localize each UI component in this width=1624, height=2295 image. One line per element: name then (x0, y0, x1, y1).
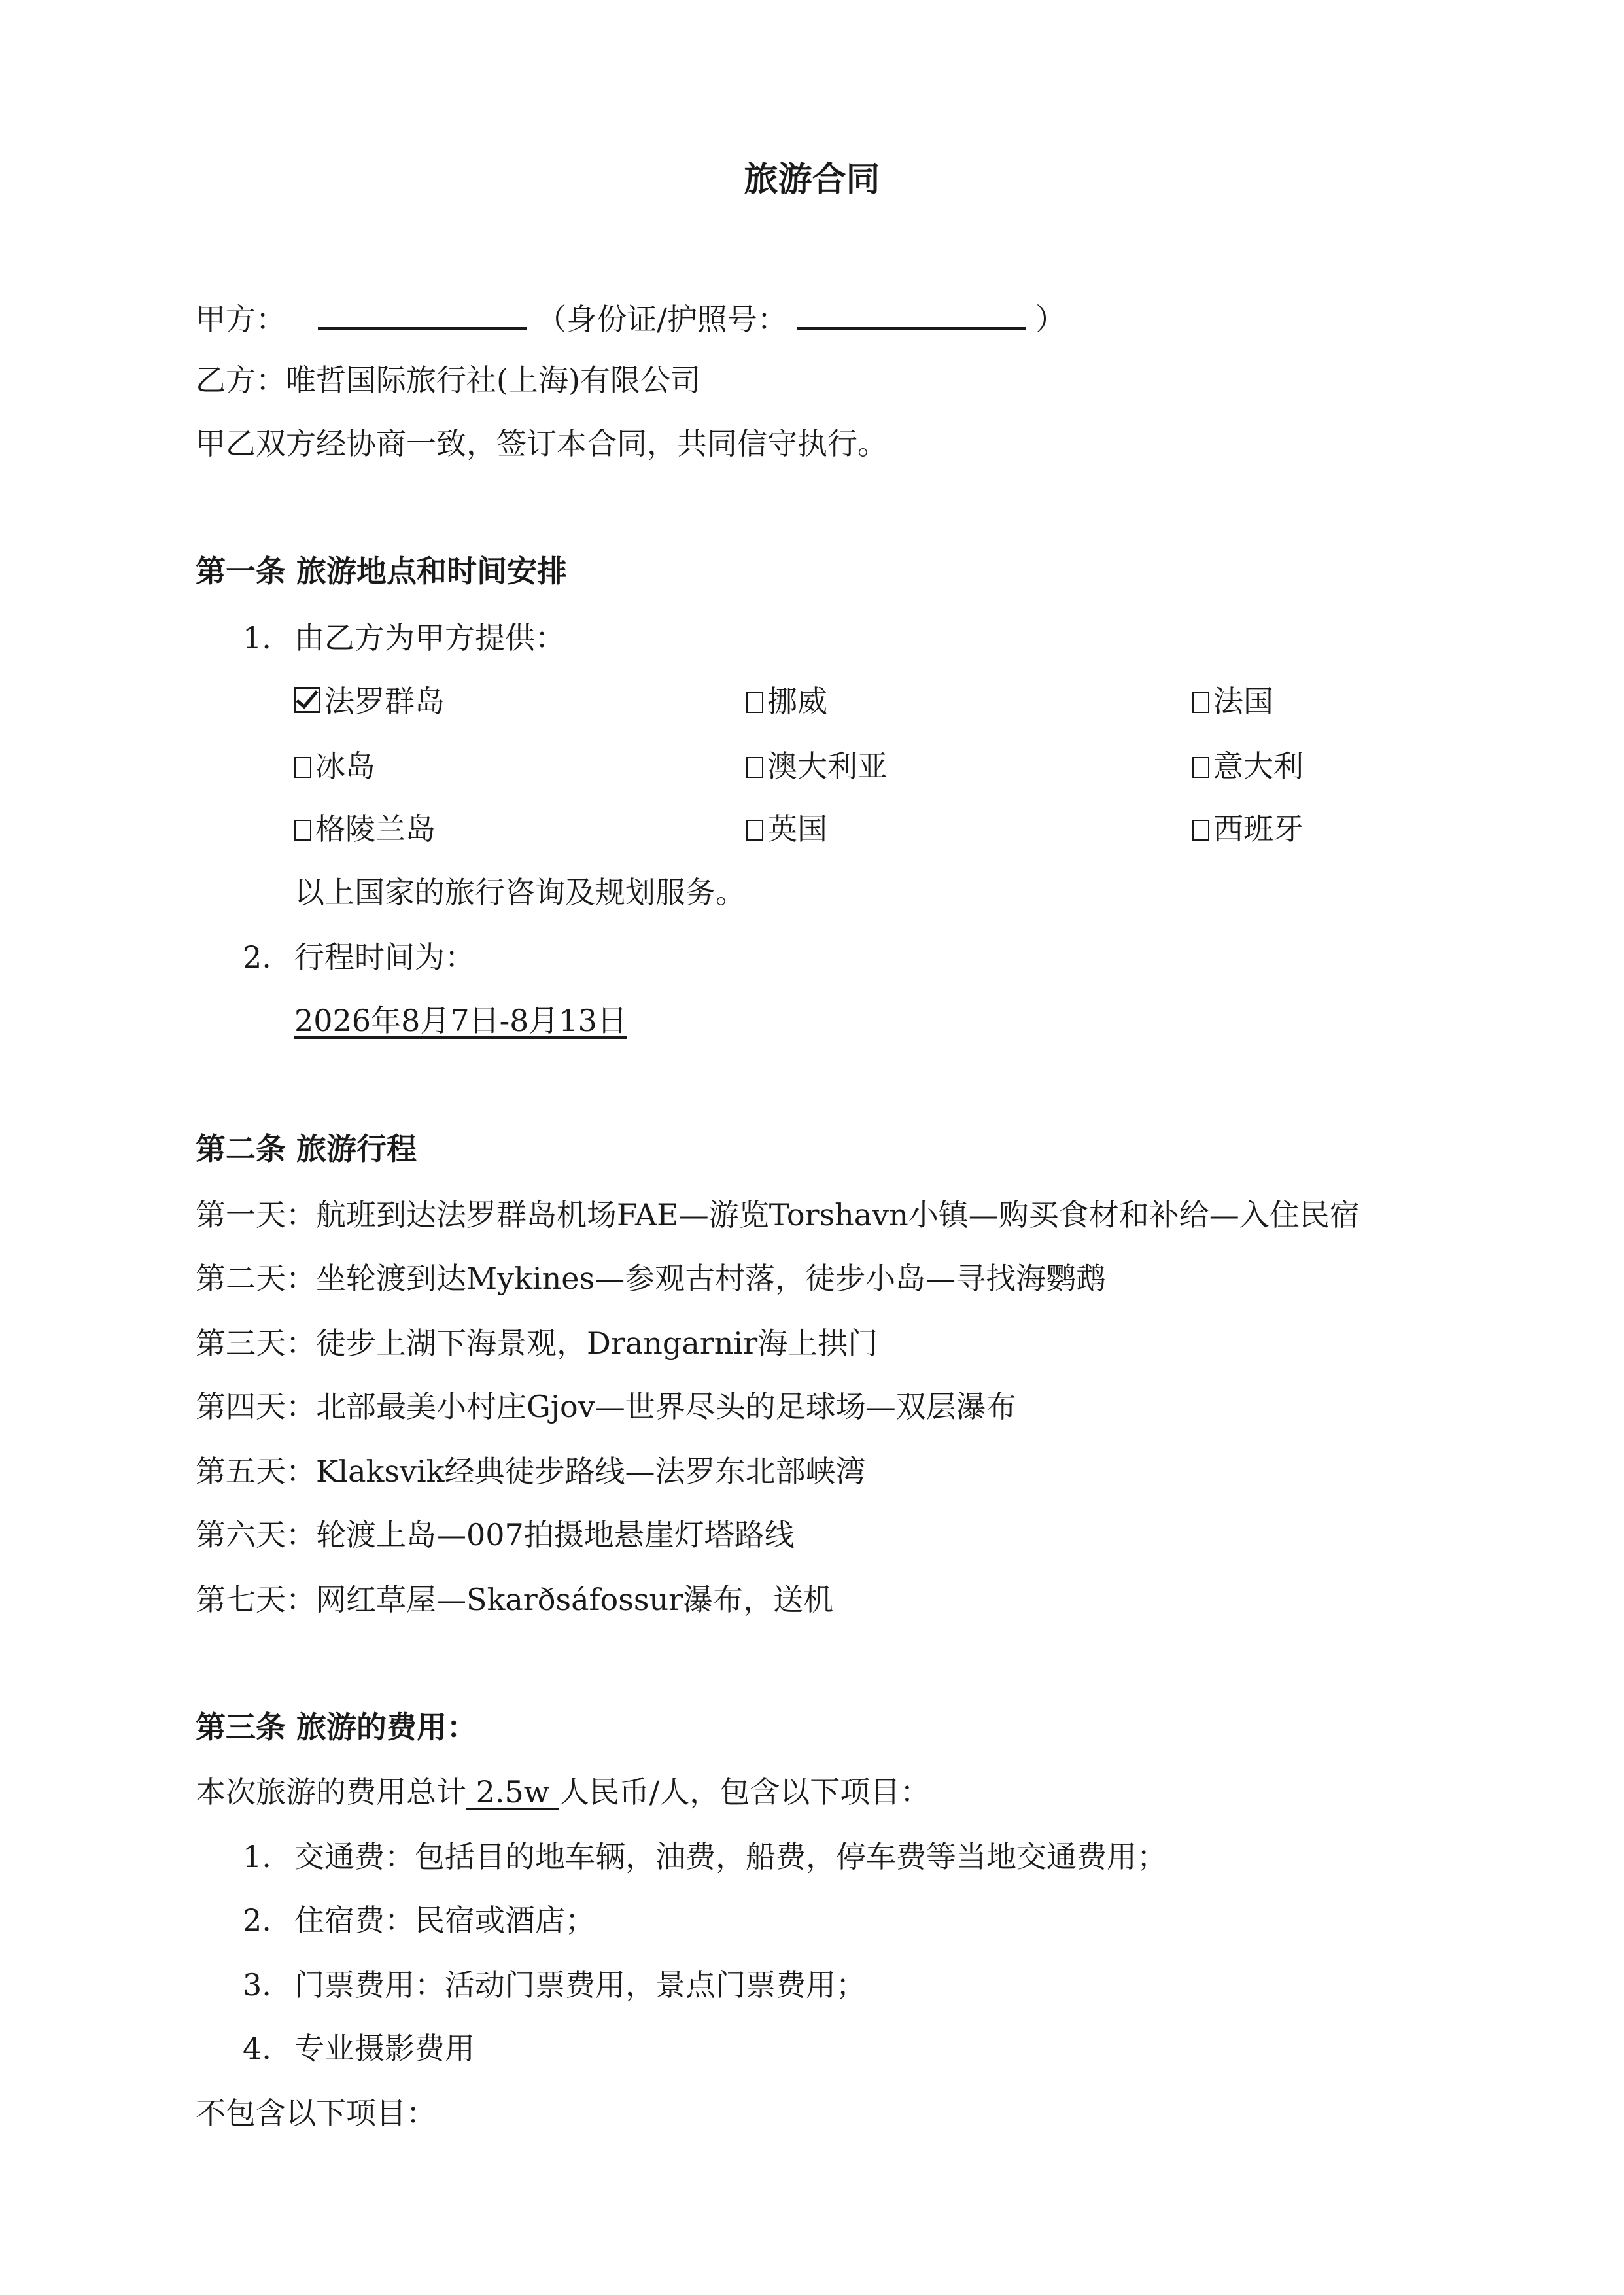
list-number: 2. (243, 1901, 271, 1940)
party-a-id-close: ） (1035, 302, 1065, 337)
checkbox-norway[interactable]: 挪威 (746, 682, 827, 721)
total-cost-suffix: 人民币/人，包含以下项目： (559, 1774, 931, 1810)
checkbox-label: 挪威 (767, 684, 827, 719)
checkbox-greenland[interactable]: 格陵兰岛 (294, 809, 436, 849)
checkbox-label: 格陵兰岛 (315, 811, 436, 847)
checkbox-spain[interactable]: 西班牙 (1192, 809, 1304, 849)
itinerary-day: 第一天：航班到达法罗群岛机场FAE—游览Torshavn小镇—购买食材和补给—入… (196, 1195, 1360, 1235)
checkbox-label: 西班牙 (1213, 811, 1304, 847)
total-cost-value: 2.5w (466, 1774, 559, 1810)
total-cost-prefix: 本次旅游的费用总计 (196, 1774, 466, 1810)
checkbox-empty-icon[interactable] (746, 757, 763, 778)
checkbox-label: 冰岛 (315, 748, 375, 784)
checkbox-france[interactable]: 法国 (1192, 682, 1273, 721)
list-number: 4. (243, 2029, 271, 2068)
excluded-label: 不包含以下项目： (196, 2094, 436, 2133)
included-item: 住宿费：民宿或酒店； (294, 1901, 595, 1940)
checkbox-empty-icon[interactable] (294, 820, 311, 841)
list-number: 1. (243, 1837, 271, 1876)
itinerary-day: 第五天：Klaksvik经典徒步路线—法罗东北部峡湾 (196, 1452, 866, 1491)
checkbox-iceland[interactable]: 冰岛 (294, 746, 375, 786)
article2-heading: 第二条 旅游行程 (196, 1129, 417, 1168)
itinerary-day: 第二天：坐轮渡到达Mykines—参观古村落，徒步小岛—寻找海鹦鹉 (196, 1259, 1106, 1298)
article1-item1-text: 由乙方为甲方提供： (294, 618, 565, 657)
itinerary-day: 第四天：北部最美小村庄Gjov—世界尽头的足球场—双层瀑布 (196, 1387, 1016, 1426)
checkbox-label: 意大利 (1213, 748, 1304, 784)
party-a-name-field[interactable] (318, 297, 527, 330)
checkbox-empty-icon[interactable] (1192, 757, 1209, 778)
checkbox-checked-icon[interactable] (294, 687, 320, 713)
article3-heading: 第三条 旅游的费用： (196, 1708, 477, 1747)
checkbox-italy[interactable]: 意大利 (1192, 746, 1304, 786)
article1-heading: 第一条 旅游地点和时间安排 (196, 552, 567, 591)
checkbox-uk[interactable]: 英国 (746, 809, 827, 849)
checkbox-empty-icon[interactable] (746, 820, 763, 841)
checkbox-empty-icon[interactable] (1192, 820, 1209, 841)
agreement-statement: 甲乙双方经协商一致，签订本合同，共同信守执行。 (196, 424, 888, 463)
list-number: 3. (243, 1965, 271, 2005)
checkbox-empty-icon[interactable] (294, 757, 311, 778)
party-a-id-field[interactable] (797, 297, 1026, 330)
checkbox-faroe-islands[interactable]: 法罗群岛 (294, 682, 445, 721)
included-item: 门票费用：活动门票费用，景点门票费用； (294, 1965, 866, 2005)
checkbox-empty-icon[interactable] (746, 692, 763, 713)
checkbox-label: 英国 (767, 811, 827, 847)
checkbox-label: 法罗群岛 (324, 684, 445, 719)
list-number: 2. (243, 937, 271, 977)
checkbox-empty-icon[interactable] (1192, 692, 1209, 713)
checkbox-label: 法国 (1213, 684, 1273, 719)
list-number: 1. (243, 618, 271, 657)
service-note: 以上国家的旅行咨询及规划服务。 (294, 873, 746, 912)
checkbox-label: 澳大利亚 (767, 748, 888, 784)
party-b-line: 乙方：唯哲国际旅行社(上海)有限公司 (196, 360, 700, 400)
page-title: 旅游合同 (0, 160, 1624, 200)
itinerary-day: 第三天：徒步上湖下海景观，Drangarnir海上拱门 (196, 1323, 878, 1363)
checkbox-australia[interactable]: 澳大利亚 (746, 746, 888, 786)
total-cost-line: 本次旅游的费用总计 2.5w 人民币/人，包含以下项目： (196, 1772, 930, 1812)
party-a-id-label: （身份证/护照号： (536, 302, 787, 337)
included-item: 专业摄影费用 (294, 2029, 475, 2068)
article1-item2-text: 行程时间为： (294, 937, 475, 977)
party-a-label: 甲方： (196, 302, 286, 337)
itinerary-day: 第六天：轮渡上岛—007拍摄地悬崖灯塔路线 (196, 1515, 795, 1554)
included-item: 交通费：包括目的地车辆，油费，船费，停车费等当地交通费用； (294, 1837, 1167, 1876)
itinerary-day: 第七天：网红草屋—Skarðsáfossur瀑布，送机 (196, 1580, 833, 1619)
trip-dates: 2026年8月7日-8月13日 (294, 1001, 627, 1040)
party-a-line: 甲方： （身份证/护照号： ） (196, 297, 1065, 339)
